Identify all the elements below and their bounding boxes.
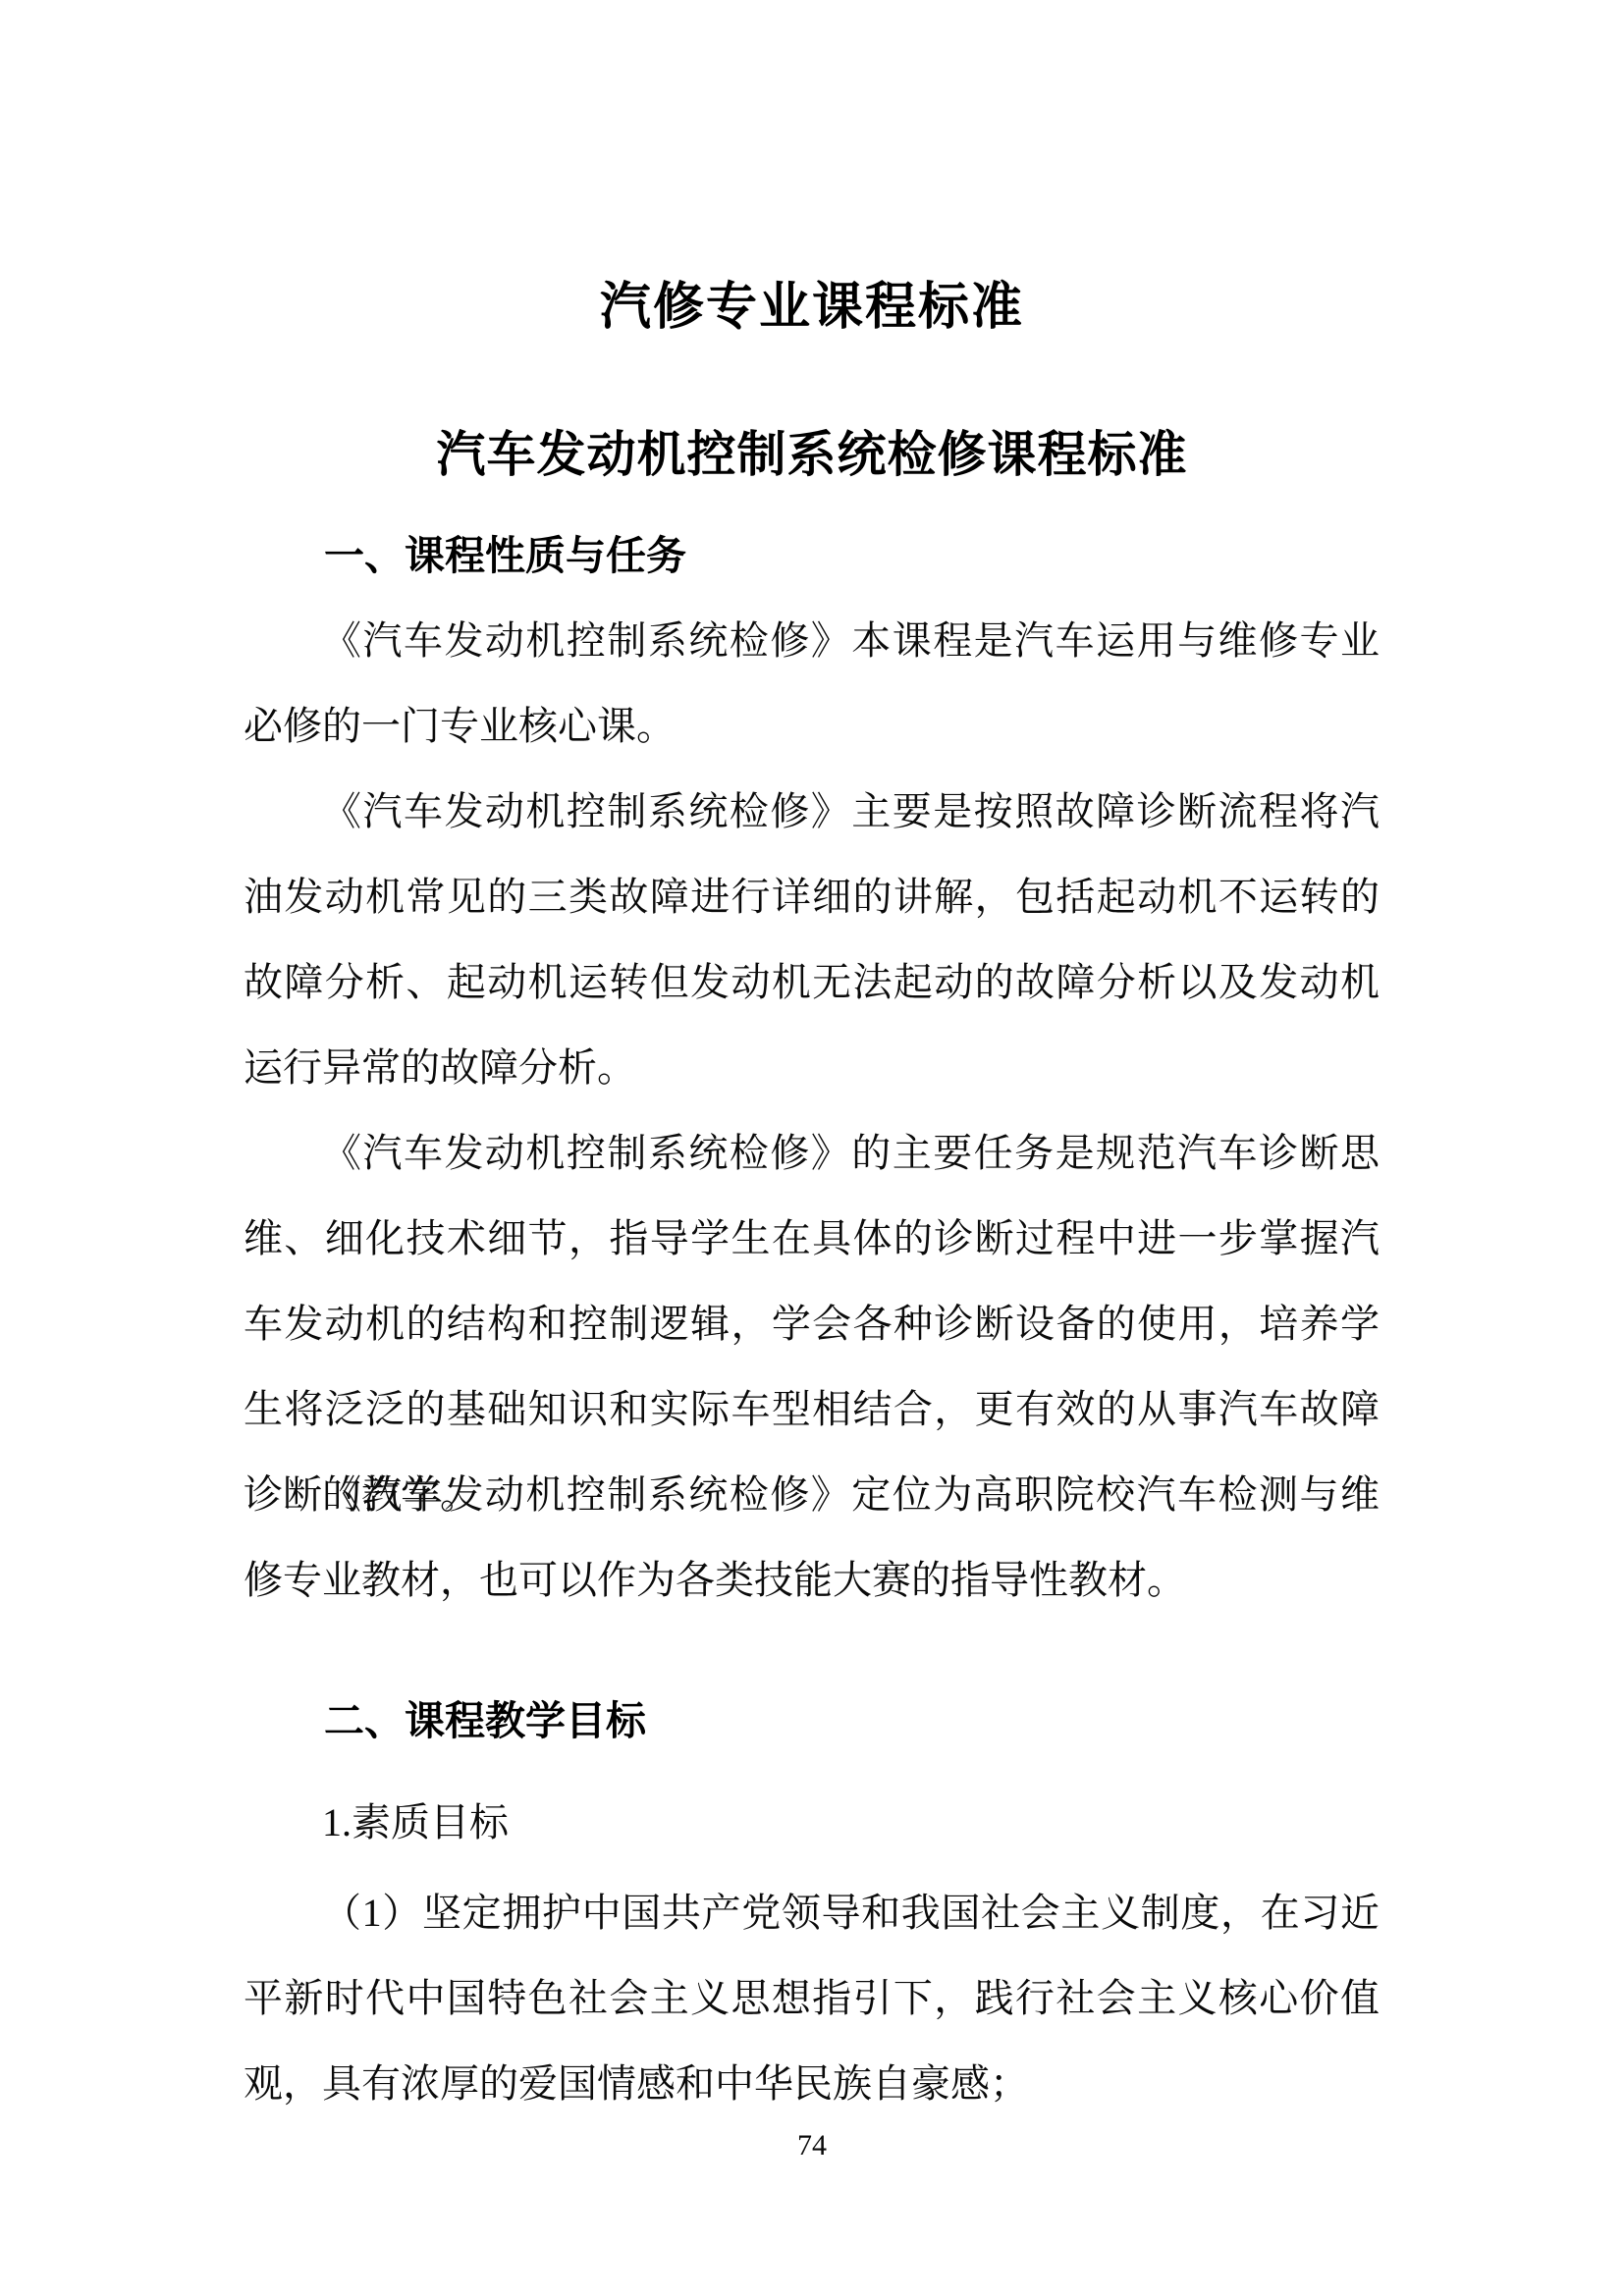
section2-subheading-quality-goals: 1.素质目标 bbox=[244, 1780, 1380, 1865]
document-page: 汽修专业课程标准 汽车发动机控制系统检修课程标准 一、课程性质与任务 《汽车发动… bbox=[0, 0, 1624, 2296]
section1-paragraph-1: 《汽车发动机控制系统检修》本课程是汽车运用与维修专业必修的一门专业核心课。 bbox=[244, 598, 1380, 769]
section1-paragraph-4: 《汽车发动机控制系统检修》定位为高职院校汽车检测与维修专业教材，也可以作为各类技… bbox=[244, 1452, 1380, 1623]
document-main-title: 汽修专业课程标准 bbox=[0, 277, 1624, 340]
section1-heading: 一、课程性质与任务 bbox=[244, 529, 1380, 582]
course-standard-title: 汽车发动机控制系统检修课程标准 bbox=[0, 424, 1624, 485]
page-number: 74 bbox=[0, 2126, 1624, 2165]
section2-item-1: （1）坚定拥护中国共产党领导和我国社会主义制度，在习近平新时代中国特色社会主义思… bbox=[244, 1870, 1380, 2126]
section1-paragraph-2: 《汽车发动机控制系统检修》主要是按照故障诊断流程将汽油发动机常见的三类故障进行详… bbox=[244, 769, 1380, 1110]
section2-heading: 二、课程教学目标 bbox=[244, 1694, 1380, 1747]
